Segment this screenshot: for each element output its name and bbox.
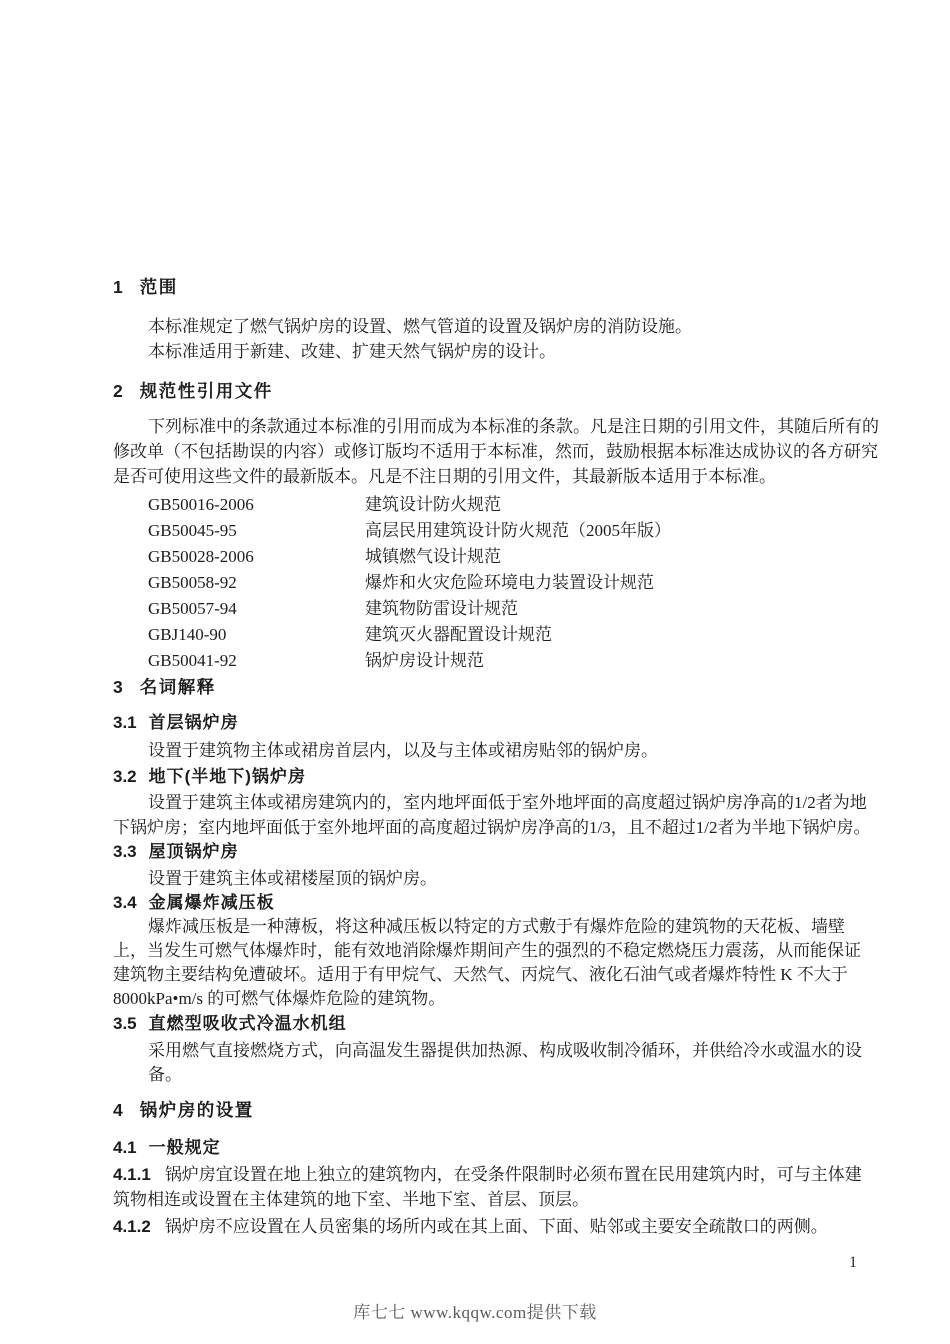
term-3-4-definition-line-1: 爆炸减压板是一种薄板，将这种减压板以特定的方式敷于有爆炸危险的建筑物的天花板、墙… [113,915,862,939]
term-3-5-heading: 3.5直燃型吸收式冷温水机组 [113,1013,862,1035]
reference-item: GB50057-94建筑物防雷设计规范 [113,596,862,622]
term-3-5-definition-line-1: 采用燃气直接燃烧方式，向高温发生器提供加热源、构成吸收制冷循环，并供给冷水或温水… [113,1039,862,1063]
term-3-3-number: 3.3 [113,841,137,863]
reference-name: 高层民用建筑设计防火规范（2005年版） [365,521,671,540]
subsection-4-1-number: 4.1 [113,1137,137,1159]
term-3-1-title: 首层锅炉房 [149,713,239,732]
page-content: 1范围 本标准规定了燃气锅炉房的设置、燃气管道的设置及锅炉房的消防设施。 本标准… [0,0,950,1239]
clause-4-1-2-line-1: 4.1.2锅炉房不应设置在人员密集的场所内或在其上面、下面、贴邻或主要安全疏散口… [113,1214,862,1239]
section-1-number: 1 [113,276,123,298]
reference-code: GB50016-2006 [148,492,365,518]
term-3-5-definition-line-2: 备。 [113,1063,862,1087]
section-4-heading: 4锅炉房的设置 [113,1099,862,1121]
term-3-2-heading: 3.2地下(半地下)锅炉房 [113,766,862,788]
section-3-heading: 3名词解释 [113,676,862,698]
reference-name: 建筑物防雷设计规范 [365,599,518,618]
reference-item: GB50045-95高层民用建筑设计防火规范（2005年版） [113,518,862,544]
reference-name: 爆炸和火灾危险环境电力装置设计规范 [365,573,654,592]
reference-code: GB50057-94 [148,596,365,622]
term-3-2-number: 3.2 [113,766,137,788]
section-1-paragraph-2: 本标准适用于新建、改建、扩建天然气锅炉房的设计。 [113,339,862,364]
term-3-4-heading: 3.4金属爆炸减压板 [113,892,862,914]
term-3-1-definition: 设置于建筑物主体或裙房首层内，以及与主体或裙房贴邻的锅炉房。 [113,738,862,763]
section-1-heading: 1范围 [113,276,862,298]
section-2-intro-line-3: 是否可使用这些文件的最新版本。凡是不注日期的引用文件，其最新版本适用于本标准。 [113,464,862,489]
reference-name: 建筑灭火器配置设计规范 [365,625,552,644]
reference-item: GB50058-92爆炸和火灾危险环境电力装置设计规范 [113,570,862,596]
subsection-4-1-title: 一般规定 [149,1138,221,1157]
section-1-title: 范围 [140,277,178,297]
reference-code: GBJ140-90 [148,622,365,648]
term-3-5-title: 直燃型吸收式冷温水机组 [149,1014,347,1033]
section-3-number: 3 [113,676,123,698]
reference-name: 建筑设计防火规范 [365,495,501,514]
term-3-4-definition-line-2: 上，当发生可燃气体爆炸时，能有效地消除爆炸期间产生的强烈的不稳定燃烧压力震荡，从… [113,939,862,963]
section-1-paragraph-1: 本标准规定了燃气锅炉房的设置、燃气管道的设置及锅炉房的消防设施。 [113,314,862,339]
term-3-3-definition: 设置于建筑主体或裙楼屋顶的锅炉房。 [113,866,862,891]
clause-4-1-2-number: 4.1.2 [113,1217,151,1236]
reference-name: 城镇燃气设计规范 [365,547,501,566]
section-2-intro-line-1: 下列标准中的条款通过本标准的引用而成为本标准的条款。凡是注日期的引用文件，其随后… [113,414,862,439]
reference-item: GB50016-2006建筑设计防火规范 [113,492,862,518]
section-2-intro-line-2: 修改单（不包括勘误的内容）或修订版均不适用于本标准，然而，鼓励根据本标准达成协议… [113,439,862,464]
term-3-2-definition-line-2: 下锅炉房；室内地坪面低于室外地坪面的高度超过锅炉房净高的1/3，且不超过1/2者… [113,815,862,840]
reference-code: GB50041-92 [148,648,365,674]
clause-4-1-2-text: 锅炉房不应设置在人员密集的场所内或在其上面、下面、贴邻或主要安全疏散口的两侧。 [165,1217,828,1236]
document-page: 1范围 本标准规定了燃气锅炉房的设置、燃气管道的设置及锅炉房的消防设施。 本标准… [0,0,950,1344]
reference-code: GB50058-92 [148,570,365,596]
reference-code: GB50045-95 [148,518,365,544]
term-3-3-title: 屋顶锅炉房 [149,842,239,861]
clause-4-1-1-line-2: 筑物相连或设置在主体建筑的地下室、半地下室、首层、顶层。 [113,1187,862,1212]
term-3-3-heading: 3.3屋顶锅炉房 [113,841,862,863]
reference-item: GB50041-92锅炉房设计规范 [113,648,862,674]
term-3-1-number: 3.1 [113,712,137,734]
reference-list: GB50016-2006建筑设计防火规范 GB50045-95高层民用建筑设计防… [113,492,862,674]
term-3-5-number: 3.5 [113,1013,137,1035]
term-3-4-number: 3.4 [113,892,137,914]
term-3-2-title: 地下(半地下)锅炉房 [149,767,306,786]
watermark-text: 库七七 www.kqqw.com提供下载 [0,1298,950,1323]
section-2-heading: 2规范性引用文件 [113,380,862,402]
term-3-4-definition-line-3: 建筑物主要结构免遭破坏。适用于有甲烷气、天然气、丙烷气、液化石油气或者爆炸特性 … [113,963,862,987]
subsection-4-1-heading: 4.1一般规定 [113,1137,862,1159]
term-3-1-heading: 3.1首层锅炉房 [113,712,862,734]
section-3-title: 名词解释 [140,677,216,697]
section-2-title: 规范性引用文件 [140,381,273,401]
clause-4-1-1-text: 锅炉房宜设置在地上独立的建筑物内，在受条件限制时必须布置在民用建筑内时，可与主体… [165,1165,862,1184]
clause-4-1-1-line-1: 4.1.1锅炉房宜设置在地上独立的建筑物内，在受条件限制时必须布置在民用建筑内时… [113,1162,862,1187]
term-3-2-definition-line-1: 设置于建筑主体或裙房建筑内的，室内地坪面低于室外地坪面的高度超过锅炉房净高的1/… [113,790,862,815]
reference-item: GB50028-2006城镇燃气设计规范 [113,544,862,570]
term-3-4-title: 金属爆炸减压板 [149,893,275,912]
section-4-title: 锅炉房的设置 [140,1100,254,1120]
section-4-number: 4 [113,1099,123,1121]
clause-4-1-1-number: 4.1.1 [113,1165,151,1184]
term-3-4-definition-line-4: 8000kPa•m/s 的可燃气体爆炸危险的建筑物。 [113,987,862,1011]
section-2-number: 2 [113,380,123,402]
reference-item: GBJ140-90建筑灭火器配置设计规范 [113,622,862,648]
reference-name: 锅炉房设计规范 [365,651,484,670]
page-number: 1 [849,1254,857,1272]
reference-code: GB50028-2006 [148,544,365,570]
